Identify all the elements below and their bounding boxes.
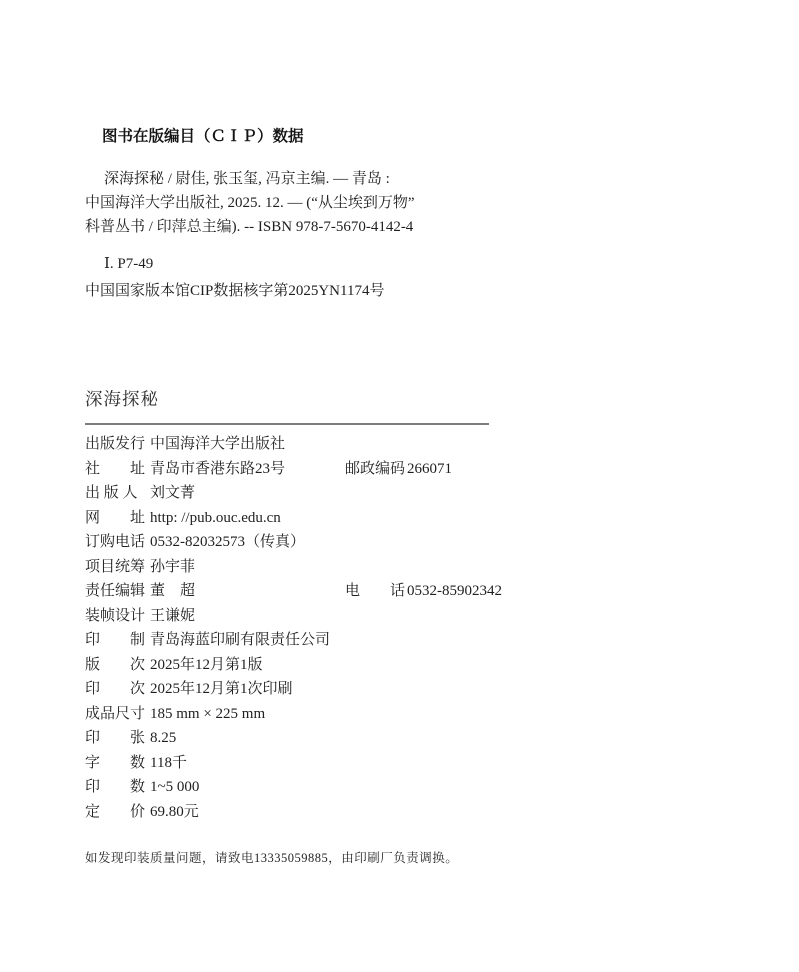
row-value: 青岛海蓝印刷有限责任公司 (150, 628, 345, 653)
row-label-secondary (345, 702, 407, 727)
row-value: 董 超 (150, 579, 345, 604)
row-label-secondary (345, 677, 407, 702)
row-value: 刘文菁 (150, 481, 345, 506)
row-value-secondary (407, 726, 735, 751)
row-value: 孙宇菲 (150, 555, 345, 580)
row-label: 字 数 (85, 751, 150, 776)
row-value-secondary (407, 481, 735, 506)
edition-row: 版 次 2025年12月第1版 (85, 653, 735, 678)
row-value: 0532-82032573（传真） (150, 530, 345, 555)
row-label: 项目统筹 (85, 555, 150, 580)
printer-row: 印 制 青岛海蓝印刷有限责任公司 (85, 628, 735, 653)
row-label-secondary (345, 530, 407, 555)
row-label-secondary (345, 432, 407, 457)
row-label-secondary: 邮政编码 (345, 457, 407, 482)
row-label: 订购电话 (85, 530, 150, 555)
row-value-secondary: 0532-85902342 (407, 579, 735, 604)
cip-description-line: 科普丛书 / 印萍总主编). -- ISBN 978-7-5670-4142-4 (85, 215, 525, 239)
row-value: 2025年12月第1版 (150, 653, 345, 678)
quality-note: 如发现印装质量问题，请致电13335059885，由印刷厂负责调换。 (85, 848, 735, 866)
row-label: 出版发行 (85, 432, 150, 457)
row-label: 出 版 人 (85, 481, 150, 506)
row-value-secondary (407, 555, 735, 580)
row-label-secondary (345, 481, 407, 506)
project-coordinator-row: 项目统筹 孙宇菲 (85, 555, 735, 580)
row-value: 2025年12月第1次印刷 (150, 677, 345, 702)
sheets-row: 印 张 8.25 (85, 726, 735, 751)
row-value-secondary: 266071 (407, 457, 735, 482)
cip-description-line: 深海探秘 / 尉佳, 张玉玺, 冯京主编. — 青岛 : (85, 167, 525, 191)
row-value-secondary (407, 800, 735, 825)
row-label: 装帧设计 (85, 604, 150, 629)
impression-row: 印 次 2025年12月第1次印刷 (85, 677, 735, 702)
price-row: 定 价 69.80元 (85, 800, 735, 825)
address-row: 社 址 青岛市香港东路23号 邮政编码 266071 (85, 457, 735, 482)
cip-section: 图书在版编目（ＣＩＰ）数据 深海探秘 / 尉佳, 张玉玺, 冯京主编. — 青岛… (85, 128, 525, 303)
row-value-secondary (407, 604, 735, 629)
designer-row: 装帧设计 王谦妮 (85, 604, 735, 629)
order-phone-row: 订购电话 0532-82032573（传真） (85, 530, 735, 555)
row-value-secondary (407, 751, 735, 776)
row-label-secondary (345, 555, 407, 580)
row-label-secondary: 电 话 (345, 579, 407, 604)
row-label: 责任编辑 (85, 579, 150, 604)
publisher-person-row: 出 版 人 刘文菁 (85, 481, 735, 506)
row-label: 版 次 (85, 653, 150, 678)
row-value: http: //pub.ouc.edu.cn (150, 506, 345, 531)
row-label: 成品尺寸 (85, 702, 150, 727)
row-label-secondary (345, 775, 407, 800)
cip-heading: 图书在版编目（ＣＩＰ）数据 (102, 128, 525, 146)
row-value-secondary (407, 702, 735, 727)
print-run-row: 印 数 1~5 000 (85, 775, 735, 800)
row-label: 社 址 (85, 457, 150, 482)
title-divider (85, 423, 489, 425)
row-label-secondary (345, 726, 407, 751)
row-label: 印 数 (85, 775, 150, 800)
row-value-secondary (407, 530, 735, 555)
copyright-page: 图书在版编目（ＣＩＰ）数据 深海探秘 / 尉佳, 张玉玺, 冯京主编. — 青岛… (0, 0, 799, 972)
publisher-row: 出版发行 中国海洋大学出版社 (85, 432, 735, 457)
row-value: 8.25 (150, 726, 345, 751)
row-label-secondary (345, 628, 407, 653)
row-value-secondary (407, 432, 735, 457)
row-label: 印 张 (85, 726, 150, 751)
editor-row: 责任编辑 董 超 电 话 0532-85902342 (85, 579, 735, 604)
row-value: 185 mm × 225 mm (150, 702, 345, 727)
row-value-secondary (407, 506, 735, 531)
row-value: 王谦妮 (150, 604, 345, 629)
colophon-section: 深海探秘 出版发行 中国海洋大学出版社 社 址 青岛市香港东路23号 邮政编码 … (85, 388, 735, 866)
cip-record-number: 中国国家版本馆CIP数据核字第2025YN1174号 (85, 279, 525, 303)
row-value: 1~5 000 (150, 775, 345, 800)
row-label: 网 址 (85, 506, 150, 531)
row-value-secondary (407, 628, 735, 653)
row-value: 69.80元 (150, 800, 345, 825)
row-value: 中国海洋大学出版社 (150, 432, 345, 457)
row-value-secondary (407, 653, 735, 678)
row-label: 印 次 (85, 677, 150, 702)
row-value: 118千 (150, 751, 345, 776)
row-label-secondary (345, 604, 407, 629)
row-label-secondary (345, 751, 407, 776)
row-value-secondary (407, 677, 735, 702)
website-row: 网 址 http: //pub.ouc.edu.cn (85, 506, 735, 531)
row-label-secondary (345, 506, 407, 531)
row-label: 印 制 (85, 628, 150, 653)
row-value-secondary (407, 775, 735, 800)
cip-description: 深海探秘 / 尉佳, 张玉玺, 冯京主编. — 青岛 : 中国海洋大学出版社, … (85, 167, 525, 239)
word-count-row: 字 数 118千 (85, 751, 735, 776)
colophon-rows: 出版发行 中国海洋大学出版社 社 址 青岛市香港东路23号 邮政编码 26607… (85, 432, 735, 824)
row-label-secondary (345, 800, 407, 825)
row-label: 定 价 (85, 800, 150, 825)
cip-classification: Ⅰ. P7-49 (85, 252, 525, 276)
size-row: 成品尺寸 185 mm × 225 mm (85, 702, 735, 727)
cip-description-line: 中国海洋大学出版社, 2025. 12. — (“从尘埃到万物” (85, 191, 525, 215)
row-label-secondary (345, 653, 407, 678)
row-value: 青岛市香港东路23号 (150, 457, 345, 482)
book-title: 深海探秘 (85, 388, 735, 410)
